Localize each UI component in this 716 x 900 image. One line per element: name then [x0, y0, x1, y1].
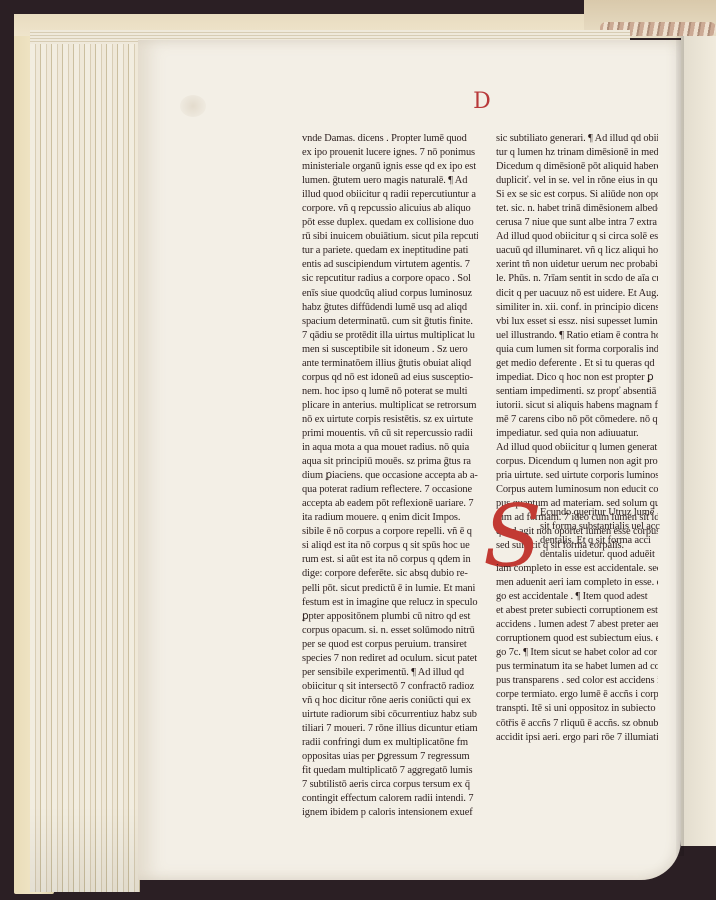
text-line: entis ad suscipiendum virtutem agentis. … — [302, 258, 478, 272]
text-line: enīs siue quodcūq aliud corpus luminosuz — [302, 287, 478, 301]
text-line: tet. sic. n. habet trinā dimēsionem albe… — [496, 202, 658, 216]
text-line: sic subtiliato generari. ¶ Ad illud qd o… — [496, 132, 658, 146]
text-line: dentalis. Et q sit forma acci — [540, 534, 660, 548]
text-line: pria uirtute. sed uirtute corporis lumin… — [496, 469, 658, 483]
text-line: get medio deferente . Et si tu queras qd — [496, 357, 658, 371]
text-line: obiicitur q sit intersectō 7 confractō r… — [302, 680, 478, 694]
text-line: nem. hoc ipso q lumē nō poterat se multi — [302, 385, 478, 399]
text-line: iutorii. sicut si aliquis habens magnam … — [496, 399, 658, 413]
text-line: accepta ab eadem pōt reflexionē uariare.… — [302, 497, 478, 511]
text-line: fit quedam multiplicatō 7 aggregatō lumi… — [302, 764, 478, 778]
text-line: impediat. Dico q hoc non est propter ꝑ — [496, 371, 658, 385]
text-line: uel illustrando. ¶ Ratio etiam ē contra … — [496, 329, 658, 343]
text-line: vbi lux esset si essz. nisi supesset lum… — [496, 315, 658, 329]
text-line: species 7 non rediret ad oculum. sicut p… — [302, 652, 478, 666]
left-text-column: vnde Damas. dicens . Propter lumē quodex… — [302, 132, 478, 820]
text-line: xerint tñ non uidetur uerum nec probabi — [496, 258, 658, 272]
text-line: aqua sit principiū mouēs. sz prima ḡtus … — [302, 455, 478, 469]
text-line: corruptionem quod est subiectum eius. er — [496, 632, 658, 646]
text-line: pelli pōt. sicut predictū ē in lumie. Et… — [302, 582, 478, 596]
signature-mark: D — [468, 88, 496, 116]
text-line: corpus opacum. si. n. esset solūmodo nit… — [302, 624, 478, 638]
text-line: si aliqd est ita nō corpus q sit spūs ho… — [302, 539, 478, 553]
text-line: uirtute radiorum sibi cōcurrentiuz habz … — [302, 708, 478, 722]
text-line: accidens . lumen adest 7 abest preter ae… — [496, 618, 658, 632]
text-line: ita radium mouere. q enim dicit Impos. — [302, 511, 478, 525]
text-line: spacium determinatū. cum sit ḡtutis fini… — [302, 315, 478, 329]
right-text-column-initial-lines: Ecundo queritur Utruz lumēsit forma subs… — [540, 506, 660, 562]
text-line: lumen. ḡtutem uero magis naturalē. ¶ Ad — [302, 174, 478, 188]
text-line: cerusa 7 niue que sunt albe intra 7 extr… — [496, 216, 658, 230]
text-line: go 7c. ¶ Item sicut se habet color ad co… — [496, 646, 658, 660]
text-line: Ad illud quod obiicitur q si circa solē … — [496, 230, 658, 244]
text-line: ante terminatōem illius ḡtutis obuiat al… — [302, 357, 478, 371]
text-line: rum est. si aūt est ita nō corpus q qdem… — [302, 553, 478, 567]
text-line: per se quod est corpus peruium. transire… — [302, 638, 478, 652]
text-line: sentiam impedimenti. sz propť absentiā a… — [496, 385, 658, 399]
text-line: dium ꝑiaciens. que occasione accepta ab … — [302, 469, 478, 483]
text-line: le. Phūs. n. 7rīam sentit in scdo de aīa… — [496, 272, 658, 286]
text-line: pus terminatum ita se habet lumen ad cor — [496, 660, 658, 674]
text-line: nō ex uirtute corpis resistētis. sz ex u… — [302, 413, 478, 427]
page-stack-shadow — [30, 30, 140, 892]
text-line: illud quod obiicitur q radii repercutiun… — [302, 188, 478, 202]
text-line: corpus qd nō est idoneū ad eius suscepti… — [302, 371, 478, 385]
text-line: primi mouentis. vñ cū sit repercussio ra… — [302, 427, 478, 441]
text-line: 7 subtilistō aeris circa corpus tersum e… — [302, 778, 478, 792]
text-line: uacuū qd illuminaret. vñ q licz aliqui h… — [496, 244, 658, 258]
text-line: festum est in imagine que relucz in spec… — [302, 596, 478, 610]
text-line: men si susceptibile sit idoneum . Sz uer… — [302, 343, 478, 357]
text-line: rū sibi inuicem obuiātium. sicut pila re… — [302, 230, 478, 244]
text-line: et abest preter subiecti corruptionem es… — [496, 604, 658, 618]
text-line: pus transparens . sed color est accidens… — [496, 674, 658, 688]
text-line: tur q lumen hz trinam dimēsionē in medio — [496, 146, 658, 160]
text-line: pōt esse duplex. quedam ex collisione du… — [302, 216, 478, 230]
text-line: cōtřis ē accñs 7 rliquū ē accñs. sz obnu… — [496, 717, 658, 731]
text-line: accidit ipsi aeri. ergo pari rōe 7 illum… — [496, 731, 658, 745]
text-line: transpti. Itē si uni oppositoz in subiec… — [496, 702, 658, 716]
text-line: tur a pariete. quedam ex ineptitudine pa… — [302, 244, 478, 258]
text-line: corpe termiato. ergo lumē ē accñs i corp… — [496, 688, 658, 702]
text-line: oppositas uias per ꝑgressum 7 regressum — [302, 750, 478, 764]
text-line: sic repcutitur radius a corpore opaco . … — [302, 272, 478, 286]
text-line: 7 qādiu se protēdit illa uirtus multipli… — [302, 329, 478, 343]
text-line: contingit effectum calorem radii intendi… — [302, 792, 478, 806]
text-line: impediatur. sed quia non adiuuatur. — [496, 427, 658, 441]
text-line: similiter in. xii. conf. in principio di… — [496, 301, 658, 315]
text-line: per sensibile experimentū. ¶ Ad illud qd — [302, 666, 478, 680]
text-line: mē 7 carens cibo nō pōt cōmedere. nō qui… — [496, 413, 658, 427]
text-line: dupliciť. vel in se. vel in rōne eius in… — [496, 174, 658, 188]
text-line: dicit q per uacuuz nō est uidere. Et Aug… — [496, 287, 658, 301]
text-line: plicare in anterius. multiplicat se retr… — [302, 399, 478, 413]
text-line: Dicedum q dimēsionē pōt aliquid habere — [496, 160, 658, 174]
text-line: quia cum lumen sit forma corporalis indi… — [496, 343, 658, 357]
facing-page-edge — [681, 36, 716, 846]
text-line: tiliari 7 moueri. 7 rōne illius dicuntur… — [302, 722, 478, 736]
text-line: ministeriale organū ignis esse qd ex ipo… — [302, 160, 478, 174]
paper-stain — [180, 95, 206, 117]
text-line: men aduenit aeri iam completo in esse. e… — [496, 576, 658, 590]
text-line: habz ḡtutes diffūdendi lumē usq ad aliqd — [302, 301, 478, 315]
text-line: ignem ibidem p caloris intensionem exuef — [302, 806, 478, 820]
text-line: radii confringi dum ex multiplicatōne fm — [302, 736, 478, 750]
text-line: Si ex se sic est corpus. Si aliūde non o… — [496, 188, 658, 202]
text-line: ex ipo prouenit lucere ignes. 7 nō ponim… — [302, 146, 478, 160]
text-line: go est accidentale . ¶ Item quod adest — [496, 590, 658, 604]
text-line: qua poterat radium reflectere. 7 occasio… — [302, 483, 478, 497]
text-line: sit forma substantialis uel acci — [540, 520, 660, 534]
text-line: vñ q hoc dicitur rōne aeris coniūcti qui… — [302, 694, 478, 708]
text-line: vnde Damas. dicens . Propter lumē quod — [302, 132, 478, 146]
text-line: Ad illud quod obiicitur q lumen generat — [496, 441, 658, 455]
text-line: Ecundo queritur Utruz lumē — [540, 506, 660, 520]
gutter-shadow — [676, 36, 684, 856]
text-line: ꝑpter appositōnem plumbi cū nitro qd est — [302, 610, 478, 624]
text-line: dentalis uidetur. quod aduēit — [540, 548, 660, 562]
text-line: iam completo in esse est accidentale. se… — [496, 562, 658, 576]
text-line: sibile ē nō corpus a corpore repelli. vñ… — [302, 525, 478, 539]
text-line: corpus. Dicendum q lumen non agit pro — [496, 455, 658, 469]
right-text-column-bottom: iam completo in esse est accidentale. se… — [496, 562, 658, 745]
text-line: in aqua mota a qua mouet radius. nō quia — [302, 441, 478, 455]
text-line: dige: corpore deferēte. sic absq dubio r… — [302, 567, 478, 581]
text-line: corpore. vñ q repcussio alicuius ab aliq… — [302, 202, 478, 216]
